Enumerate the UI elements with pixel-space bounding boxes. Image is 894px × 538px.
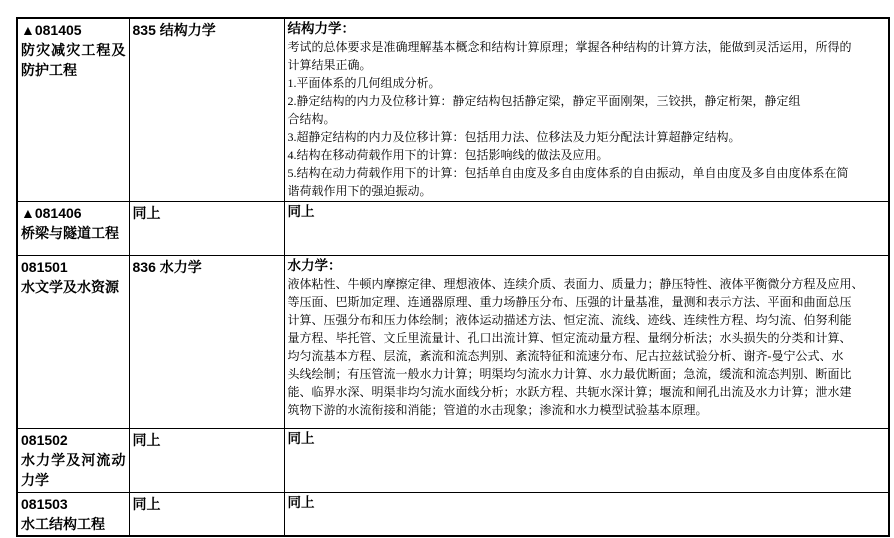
- description-line: 计算结果正确。: [288, 56, 886, 74]
- description-title: 同上: [288, 494, 886, 512]
- description-title: 同上: [288, 203, 886, 221]
- description-line: 2.静定结构的内力及位移计算：静定结构包括静定梁，静定平面刚架，三铰拱，静定桁架…: [288, 92, 886, 110]
- subject-name: 同上: [133, 494, 281, 514]
- description-line: 计算、压强分布和压力体绘制；液体运动描述方法、恒定流、流线、迹线、连续性方程、均…: [288, 311, 886, 329]
- description-line: 1.平面体系的几何组成分析。: [288, 74, 886, 92]
- description-line: 均匀流基本方程、层流，紊流和流态判别、紊流特征和流速分布、尼古拉兹试验分析、谢齐…: [288, 347, 886, 365]
- description-line: 头线绘制；有压管流一般水力计算；明渠均匀流水力计算、水力最优断面；急流，缓流和流…: [288, 365, 886, 383]
- program-name: 水力学及河流动力学: [21, 450, 126, 490]
- description-cell: 结构力学： 考试的总体要求是准确理解基本概念和结构计算原理；掌握各种结构的计算方…: [284, 18, 889, 202]
- program-code: 081502: [21, 430, 126, 450]
- description-line: 5.结构在动力荷载作用下的计算：包括单自由度及多自由度体系的自由振动，单自由度及…: [288, 164, 886, 182]
- subject-cell: 同上: [129, 429, 284, 493]
- program-code: ▲081405: [21, 20, 126, 40]
- table-row: 081502 水力学及河流动力学 同上 同上: [17, 429, 889, 493]
- subject-cell: 836 水力学: [129, 256, 284, 429]
- description-body: 考试的总体要求是准确理解基本概念和结构计算原理；掌握各种结构的计算方法，能做到灵…: [288, 38, 886, 200]
- description-line: 考试的总体要求是准确理解基本概念和结构计算原理；掌握各种结构的计算方法，能做到灵…: [288, 38, 886, 56]
- program-name: 桥梁与隧道工程: [21, 223, 126, 243]
- program-name: 水文学及水资源: [21, 277, 126, 297]
- description-line: 等压面、巴斯加定理、连通器原理、重力场静压分布、压强的计量基准，量测和表示方法、…: [288, 293, 886, 311]
- description-line: 4.结构在移动荷载作用下的计算：包括影响线的做法及应用。: [288, 146, 886, 164]
- program-code: 081503: [21, 494, 126, 514]
- subject-name: 同上: [133, 203, 281, 223]
- program-cell: ▲081405 防灾减灾工程及防护工程: [17, 18, 129, 202]
- program-cell: 081501 水文学及水资源: [17, 256, 129, 429]
- program-name: 防灾减灾工程及防护工程: [21, 40, 126, 80]
- description-cell: 同上: [284, 202, 889, 256]
- subject-name: 836 水力学: [133, 257, 281, 277]
- table-row: ▲081406 桥梁与隧道工程 同上 同上: [17, 202, 889, 256]
- subject-cell: 同上: [129, 202, 284, 256]
- description-cell: 水力学： 液体粘性、牛顿内摩擦定律、理想液体、连续介质、表面力、质量力；静压特性…: [284, 256, 889, 429]
- description-line: 筑物下游的水流衔接和消能；管道的水击现象；渗流和水力模型试验基本原理。: [288, 401, 886, 419]
- exam-subjects-table: ▲081405 防灾减灾工程及防护工程 835 结构力学 结构力学： 考试的总体…: [16, 17, 890, 537]
- table-row: ▲081405 防灾减灾工程及防护工程 835 结构力学 结构力学： 考试的总体…: [17, 18, 889, 202]
- description-line: 谐荷载作用下的强迫振动。: [288, 182, 886, 200]
- program-cell: 081502 水力学及河流动力学: [17, 429, 129, 493]
- table-row: 081501 水文学及水资源 836 水力学 水力学： 液体粘性、牛顿内摩擦定律…: [17, 256, 889, 429]
- subject-name: 835 结构力学: [133, 20, 281, 40]
- program-cell: ▲081406 桥梁与隧道工程: [17, 202, 129, 256]
- subject-cell: 同上: [129, 493, 284, 537]
- description-line: 合结构。: [288, 110, 886, 128]
- description-line: 液体粘性、牛顿内摩擦定律、理想液体、连续介质、表面力、质量力；静压特性、液体平衡…: [288, 275, 886, 293]
- subject-name: 同上: [133, 430, 281, 450]
- description-line: 能、临界水深、明渠非均匀流水面线分析；水跃方程、共轭水深计算；堰流和闸孔出流及水…: [288, 383, 886, 401]
- program-cell: 081503 水工结构工程: [17, 493, 129, 537]
- table-row: 081503 水工结构工程 同上 同上: [17, 493, 889, 537]
- description-title: 同上: [288, 430, 886, 448]
- description-title: 水力学：: [288, 257, 886, 275]
- description-body: 液体粘性、牛顿内摩擦定律、理想液体、连续介质、表面力、质量力；静压特性、液体平衡…: [288, 275, 886, 419]
- subject-cell: 835 结构力学: [129, 18, 284, 202]
- description-cell: 同上: [284, 429, 889, 493]
- program-name: 水工结构工程: [21, 514, 126, 534]
- program-code: 081501: [21, 257, 126, 277]
- description-cell: 同上: [284, 493, 889, 537]
- description-line: 3.超静定结构的内力及位移计算：包括用力法、位移法及力矩分配法计算超静定结构。: [288, 128, 886, 146]
- description-title: 结构力学：: [288, 20, 886, 38]
- program-code: ▲081406: [21, 203, 126, 223]
- description-line: 量方程、毕托管、文丘里流量计、孔口出流计算、恒定流动量方程、量纲分析法；水头损失…: [288, 329, 886, 347]
